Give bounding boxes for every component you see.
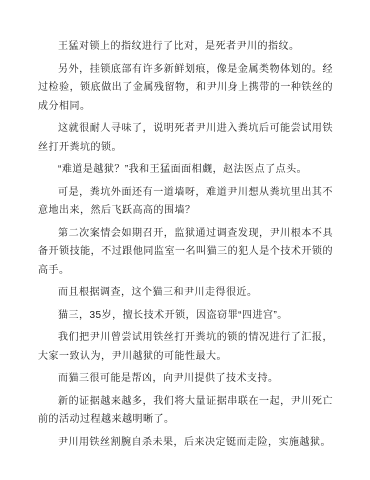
- paragraph-4: “难道是越狱？”我和王猛面面相觑，赵法医点了点头。: [38, 161, 333, 180]
- paragraph-8: 猫三，35岁，擅长技术开锁，因盗窃罪“四进宫”。: [38, 307, 333, 326]
- paragraph-2: 另外，挂锁底部有许多新鲜划痕，像是金属类物体划的。经过检验，锁底做出了金属残留物…: [38, 61, 333, 117]
- paragraph-11: 新的证据越来越多，我们将大量证据串联在一起，尹川死亡前的活动过程越来越明晰了。: [38, 393, 333, 430]
- document-page: 王猛对锁上的指纹进行了比对，是死者尹川的指纹。 另外，挂锁底部有许多新鲜划痕，像…: [0, 0, 370, 480]
- paragraph-9: 我们把尹川曾尝试用铁丝打开粪坑的锁的情况进行了汇报，大家一致认为，尹川越狱的可能…: [38, 329, 333, 366]
- paragraph-10: 而猫三很可能是帮凶，向尹川提供了技术支持。: [38, 370, 333, 389]
- paragraph-6: 第二次案情会如期召开，监狱通过调查发现，尹川根本不具备开锁技能，不过跟他同监室一…: [38, 225, 333, 281]
- paragraph-7: 而且根据调查，这个猫三和尹川走得很近。: [38, 284, 333, 303]
- paragraph-1: 王猛对锁上的指纹进行了比对，是死者尹川的指纹。: [38, 38, 333, 57]
- paragraph-12: 尹川用铁丝割腕自杀未果，后来决定铤而走险，实施越狱。: [38, 434, 333, 453]
- paragraph-3: 这就很耐人寻味了，说明死者尹川进入粪坑后可能尝试用铁丝打开粪坑的锁。: [38, 120, 333, 157]
- paragraph-5: 可是，粪坑外面还有一道墙呀，难道尹川想从粪坑里出其不意地出来，然后飞跃高高的围墙…: [38, 184, 333, 221]
